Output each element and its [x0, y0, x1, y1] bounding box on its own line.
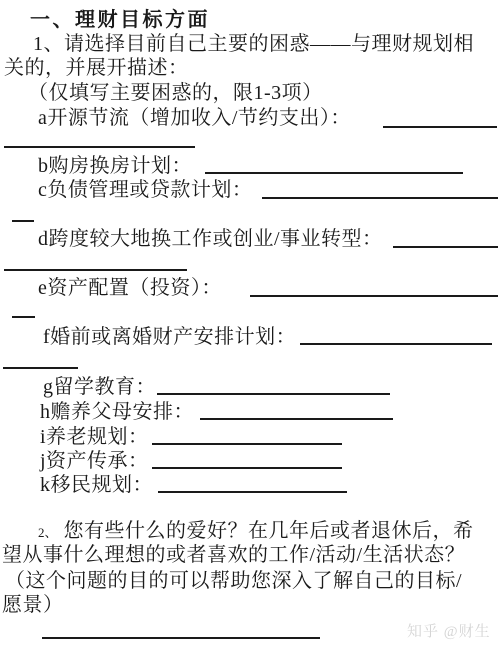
section-title: 一、理财目标方面 [30, 9, 210, 32]
item-f-blank [300, 343, 492, 345]
item-b-label: b购房换房计划： [38, 155, 192, 178]
item-i-blank [152, 443, 342, 445]
item-j-blank [152, 467, 342, 469]
item-c-blank [262, 197, 498, 199]
question2-line1-text: 您有些什么的爱好？在几年后或者退休后，希 [64, 520, 474, 542]
item-j-label: j资产传承： [40, 450, 149, 473]
item-k-blank [158, 491, 347, 493]
question2-line2: 望从事什么理想的或者喜欢的工作/活动/生活状态？ [2, 544, 465, 567]
item-d-blank [393, 246, 498, 248]
question1-intro-line1: 1、请选择目前自己主要的困惑——与理财规划相 [33, 33, 474, 56]
item-h-blank [200, 418, 393, 420]
item-e-blank [250, 295, 498, 297]
item-f-blank-continued [3, 367, 78, 369]
item-c-label: c负债管理或贷款计划： [38, 179, 252, 202]
item-i-label: i养老规划： [40, 426, 149, 449]
item-a-blank [383, 126, 497, 128]
item-a-label: a开源节流（增加收入/节约支出）： [38, 107, 351, 130]
item-d-blank-continued [4, 269, 187, 271]
item-e-blank-continued [12, 316, 35, 318]
item-d-label: d跨度较大地换工作或创业/事业转型： [38, 228, 383, 251]
document-page: 一、理财目标方面 1、请选择目前自己主要的困惑——与理财规划相 关的，并展开描述… [0, 0, 500, 653]
question2-line4: 愿景） [2, 594, 64, 617]
question1-intro-line2: 关的，并展开描述： [4, 57, 189, 80]
item-b-blank [205, 172, 463, 174]
question2-line1: 2、您有些什么的爱好？在几年后或者退休后，希 [38, 520, 474, 544]
question1-note: （仅填写主要困惑的，限1-3项） [28, 82, 323, 105]
item-a-blank-continued [4, 146, 195, 148]
item-f-label: f婚前或离婚财产安排计划： [43, 326, 296, 349]
item-g-label: g留学教育： [43, 376, 156, 399]
question2-line3: （这个问题的目的可以帮助您深入了解自己的目标/ [5, 570, 462, 593]
item-g-blank [157, 393, 390, 395]
item-k-label: k移民规划： [40, 474, 153, 497]
item-c-blank-continued [12, 220, 34, 222]
question2-number: 2、 [38, 525, 58, 540]
item-h-label: h赡养父母安排： [40, 401, 194, 424]
watermark: 知乎 @财生 [407, 620, 491, 641]
item-e-label: e资产配置（投资）： [38, 277, 222, 300]
question2-blank [42, 637, 320, 639]
